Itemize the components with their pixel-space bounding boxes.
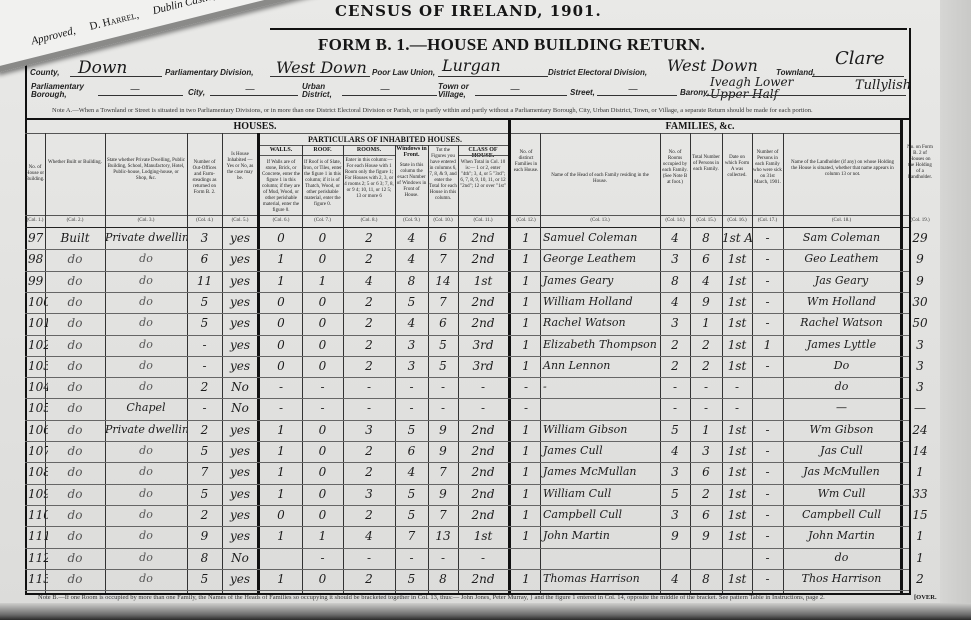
col18-header: Name of the Landholder (if any) on whose…	[790, 160, 895, 178]
note-a: Note A.—When a Townland or Street is sit…	[52, 107, 813, 114]
cell-windows: 5	[395, 572, 428, 586]
cell-rooms-occ: 5	[660, 423, 690, 437]
county-value: Down	[78, 58, 127, 78]
row-rule	[25, 249, 909, 250]
row-rule	[25, 335, 909, 336]
col15-num: (Col. 15.)	[690, 218, 722, 223]
cell-type: do	[105, 508, 187, 521]
row-rule	[25, 398, 909, 399]
urban-district-label: Urban District,	[302, 83, 342, 99]
cell-out-offices: -	[187, 401, 222, 415]
cell-rooms-occ: 3	[660, 252, 690, 266]
cell-walls: 0	[260, 359, 302, 373]
cell-rooms-occ: 9	[660, 529, 690, 543]
row-rule	[25, 377, 909, 378]
town-value: —	[510, 84, 520, 95]
note-b: Note B.—If one Room is occupied by more …	[38, 594, 825, 601]
col10-header: Tot the Figures you have entered in colu…	[429, 148, 457, 202]
col18-num: (Col. 18.)	[783, 218, 900, 223]
cell-persons: 1	[690, 423, 722, 437]
cell-rooms: -	[343, 401, 395, 415]
cell-head: George Leathem	[540, 252, 663, 265]
cell-total: 6	[428, 231, 458, 245]
cell-built: do	[45, 572, 105, 586]
cell-type: do	[105, 487, 187, 500]
cell-date: 1st	[722, 252, 752, 266]
cell-walls: -	[260, 380, 302, 394]
census-title: CENSUS OF IRELAND, 1901.	[335, 2, 602, 20]
cell-total: 9	[428, 423, 458, 437]
cell-b2-no: 1	[903, 465, 937, 479]
cell-class: 2nd	[458, 423, 508, 437]
cell-class: 2nd	[458, 316, 508, 330]
class-subheader: CLASS OF HOUSE.	[458, 147, 508, 159]
col17-header: Number of Persons in each Family who wer…	[753, 150, 782, 186]
cell-type: do	[105, 316, 187, 329]
cell-persons: 1	[690, 316, 722, 330]
cell-roof: 0	[302, 423, 343, 437]
cell-b2-no: 14	[903, 444, 937, 458]
cell-rooms-occ: 3	[660, 316, 690, 330]
row-rule	[25, 505, 909, 506]
cell-walls: 1	[260, 423, 302, 437]
cell-type: Chapel	[105, 401, 187, 414]
particulars-rule	[260, 145, 510, 146]
cell-landholder: do	[783, 380, 900, 393]
cell-b2-no: 29	[903, 231, 937, 245]
cell-total: -	[428, 380, 458, 394]
col11-header: When Total in Col. 10 is:— 1 or 2, enter…	[459, 160, 507, 190]
cell-sick: -	[752, 423, 783, 437]
cell-inhabited: No	[222, 380, 258, 394]
roof-subheader: ROOF.	[302, 147, 343, 153]
city-underline	[210, 95, 298, 96]
cell-windows: 5	[395, 423, 428, 437]
cell-rooms: 2	[343, 252, 395, 266]
cell-landholder: Jas McMullen	[783, 465, 900, 478]
cell-families: 1	[512, 359, 540, 373]
cell-class: 2nd	[458, 508, 508, 522]
census-form-page: CENSUS OF IRELAND, 1901. FORM B. 1.—HOUS…	[0, 0, 971, 620]
cell-out-offices: 9	[187, 529, 222, 543]
cell-total: 9	[428, 444, 458, 458]
col1-header: No. of House or Building.	[25, 165, 45, 183]
cell-built: do	[45, 423, 105, 437]
cell-inhabited: No	[222, 401, 258, 415]
cell-b2-no: 3	[903, 359, 937, 373]
cell-persons: 2	[690, 338, 722, 352]
cell-built: do	[45, 551, 105, 565]
cell-walls: 1	[260, 529, 302, 543]
cell-walls: 1	[260, 465, 302, 479]
cell-sick: 1	[752, 338, 783, 352]
cell-sick: -	[752, 572, 783, 586]
col3-header: State whether Private Dwelling, Public B…	[107, 158, 185, 182]
cell-type: Private dwelling	[105, 231, 187, 244]
cell-date: 1st	[722, 295, 752, 309]
cell-sick: -	[752, 295, 783, 309]
cell-families: 1	[512, 252, 540, 266]
cell-landholder: do	[783, 551, 900, 564]
cell-windows: 3	[395, 359, 428, 373]
col1-num: (Col. 1.)	[25, 218, 45, 223]
cell-families: 1	[512, 338, 540, 352]
cell-type: do	[105, 551, 187, 564]
place-text: Dublin Castle,	[151, 0, 216, 17]
cell-sick: -	[752, 529, 783, 543]
col9-header: State in this column the exact Number of…	[396, 163, 427, 199]
cell-head: William Cull	[540, 487, 663, 500]
cell-total: -	[428, 401, 458, 415]
cell-landholder: Geo Leathem	[783, 252, 900, 265]
cell-persons: 9	[690, 529, 722, 543]
cell-roof: 1	[302, 529, 343, 543]
cell-head: Campbell Cull	[540, 508, 663, 521]
county-underline	[70, 76, 162, 77]
cell-rooms: -	[343, 551, 395, 565]
cell-walls: 1	[260, 572, 302, 586]
cell-rooms-occ: 2	[660, 338, 690, 352]
cell-landholder: Jas Cull	[783, 444, 900, 457]
cell-b2-no: 24	[903, 423, 937, 437]
cell-roof: 0	[302, 338, 343, 352]
cell-sick: -	[752, 231, 783, 245]
cell-sick: -	[752, 359, 783, 373]
row-rule	[25, 441, 909, 442]
cell-built: do	[45, 444, 105, 458]
cell-total: 5	[428, 338, 458, 352]
cell-out-offices: 3	[187, 231, 222, 245]
cell-rooms: 2	[343, 338, 395, 352]
cell-rooms: 2	[343, 444, 395, 458]
ded-label: District Electoral Division,	[548, 68, 647, 77]
cell-rooms-occ: 5	[660, 487, 690, 501]
cell-walls: 0	[260, 508, 302, 522]
cell-date: 1st	[722, 465, 752, 479]
cell-windows: 5	[395, 487, 428, 501]
cell-out-offices: 2	[187, 508, 222, 522]
cell-type: do	[105, 529, 187, 542]
cell-families: 1	[512, 444, 540, 458]
cell-rooms: 2	[343, 465, 395, 479]
cell-roof: 0	[302, 359, 343, 373]
cell-landholder: Wm Gibson	[783, 423, 900, 436]
cell-date: 1st	[722, 508, 752, 522]
parl-borough-value: —	[130, 84, 140, 95]
cell-head: Rachel Watson	[540, 316, 663, 329]
cell-total: 9	[428, 487, 458, 501]
signatory-text: D. Harrel,	[88, 9, 140, 33]
cell-walls: 0	[260, 338, 302, 352]
cell-families: 1	[512, 274, 540, 288]
cell-walls: 1	[260, 444, 302, 458]
cell-date: 1st	[722, 487, 752, 501]
cell-built: do	[45, 401, 105, 415]
col4-num: (Col. 4.)	[187, 218, 222, 223]
cell-windows: -	[395, 551, 428, 565]
cell-class: -	[458, 380, 508, 394]
cell-date: -	[722, 401, 752, 415]
over-label: [OVER.	[914, 594, 937, 601]
cell-out-offices: 5	[187, 295, 222, 309]
cell-head: Elizabeth Thompson	[540, 338, 663, 351]
cell-head: Thomas Harrison	[540, 572, 663, 585]
cell-sick: -	[752, 508, 783, 522]
row-rule	[25, 526, 909, 527]
cell-type: do	[105, 380, 187, 393]
cell-landholder: Rachel Watson	[783, 316, 900, 329]
cell-inhabited: yes	[222, 316, 258, 330]
col5-header: Is House Inhabited — Yes or No, as the c…	[224, 152, 256, 182]
cell-built: Built	[45, 231, 105, 245]
cell-roof: 0	[302, 444, 343, 458]
sub-rule-2	[458, 155, 508, 156]
cell-total: -	[428, 551, 458, 565]
cell-b2-no: 1	[903, 529, 937, 543]
cell-out-offices: 6	[187, 252, 222, 266]
cell-persons: -	[690, 380, 722, 394]
col3-num: (Col. 3.)	[105, 218, 187, 223]
cell-built: do	[45, 316, 105, 330]
approved-text: Approved,	[30, 25, 77, 48]
cell-type: do	[105, 338, 187, 351]
cell-inhabited: yes	[222, 274, 258, 288]
families-group-header: FAMILIES, &c.	[600, 121, 800, 132]
ded-value: West Down	[667, 56, 758, 75]
col12-num: (Col. 12.)	[512, 218, 540, 223]
parl-borough-underline	[98, 95, 183, 96]
cell-date: 1st	[722, 359, 752, 373]
col9-num: (Col. 9.)	[395, 218, 428, 223]
cell-sick: -	[752, 316, 783, 330]
cell-windows: 8	[395, 274, 428, 288]
row-rule	[25, 548, 909, 549]
cell-roof: 0	[302, 231, 343, 245]
cell-out-offices: 7	[187, 465, 222, 479]
cell-sick: -	[752, 444, 783, 458]
cell-families: 1	[512, 295, 540, 309]
cell-b2-no: 30	[903, 295, 937, 309]
col8-num: (Col. 8.)	[343, 218, 395, 223]
cell-rooms-occ: 4	[660, 444, 690, 458]
cell-sick: -	[752, 487, 783, 501]
colnum-bottom-rule	[25, 227, 909, 228]
cell-total: 7	[428, 252, 458, 266]
cell-built: do	[45, 252, 105, 266]
cell-roof: 0	[302, 508, 343, 522]
cell-rooms: 3	[343, 423, 395, 437]
cell-type: do	[105, 359, 187, 372]
cell-b2-no: 1	[903, 551, 937, 565]
cell-roof: 0	[302, 487, 343, 501]
cell-landholder: Wm Cull	[783, 487, 900, 500]
cell-persons: 6	[690, 508, 722, 522]
cell-head: James McMullan	[540, 465, 663, 478]
poor-law-union-label: Poor Law Union,	[372, 68, 435, 77]
cell-inhabited: yes	[222, 529, 258, 543]
row-rule	[25, 313, 909, 314]
cell-windows: 5	[395, 508, 428, 522]
cell-sick: -	[752, 465, 783, 479]
cell-b2-no: 3	[903, 380, 937, 394]
row-rule	[25, 462, 909, 463]
cell-out-offices: 2	[187, 380, 222, 394]
cell-date: 1st	[722, 274, 752, 288]
county-label: County,	[30, 68, 59, 77]
cell-total: 8	[428, 572, 458, 586]
cell-walls: 1	[260, 487, 302, 501]
cell-sick: -	[752, 252, 783, 266]
street-underline	[597, 95, 677, 96]
cell-total: 13	[428, 529, 458, 543]
cell-head: James Cull	[540, 444, 663, 457]
cell-roof: -	[302, 551, 343, 565]
cell-inhabited: yes	[222, 338, 258, 352]
cell-head: John Martin	[540, 529, 663, 542]
cell-rooms: 4	[343, 529, 395, 543]
cell-inhabited: yes	[222, 295, 258, 309]
cell-persons: 8	[690, 572, 722, 586]
cell-b2-no: 9	[903, 274, 937, 288]
cell-rooms: 2	[343, 359, 395, 373]
cell-built: do	[45, 359, 105, 373]
col2-num: (Col. 2.)	[45, 218, 105, 223]
cell-rooms-occ: 3	[660, 508, 690, 522]
cell-persons: 3	[690, 444, 722, 458]
col16-header: Date on which Form A was collected.	[723, 155, 751, 179]
cell-date: 1st	[722, 444, 752, 458]
cell-out-offices: 5	[187, 487, 222, 501]
cell-rooms: 2	[343, 316, 395, 330]
cell-rooms-occ: -	[660, 401, 690, 415]
cell-rooms-occ: 4	[660, 572, 690, 586]
cell-landholder: Do	[783, 359, 900, 372]
cell-out-offices: 5	[187, 316, 222, 330]
cell-inhabited: yes	[222, 487, 258, 501]
cell-date: 1st	[722, 529, 752, 543]
cell-rooms: 3	[343, 487, 395, 501]
col2-header: Whether Built or Building.	[47, 160, 103, 166]
cell-windows: 4	[395, 252, 428, 266]
cell-date: 1st	[722, 316, 752, 330]
cell-total: 14	[428, 274, 458, 288]
col14-header: No. of Rooms occupied by each Family. (S…	[661, 150, 689, 186]
cell-persons: 2	[690, 359, 722, 373]
col11-num: (Col. 11.)	[458, 218, 508, 223]
cell-total: 6	[428, 316, 458, 330]
parl-borough-label: Parliamentary Borough,	[31, 83, 91, 99]
particulars-group-header: PARTICULARS OF INHABITED HOUSES.	[260, 135, 510, 144]
town-underline	[475, 95, 567, 96]
cell-type: Private dwelling	[105, 423, 187, 436]
cell-walls: 0	[260, 295, 302, 309]
street-label: Street,	[570, 88, 595, 97]
cell-roof: -	[302, 380, 343, 394]
poor-law-union-underline	[438, 76, 548, 77]
page-bottom-edge	[0, 603, 971, 620]
cell-persons: 2	[690, 487, 722, 501]
townland-value: Clare	[835, 48, 885, 69]
cell-persons: 4	[690, 274, 722, 288]
cell-class: 2nd	[458, 252, 508, 266]
cell-total: 7	[428, 465, 458, 479]
col10-num: (Col. 10.)	[428, 218, 458, 223]
cell-windows: 6	[395, 444, 428, 458]
col7-num: (Col. 7.)	[302, 218, 343, 223]
cell-class: 2nd	[458, 487, 508, 501]
cell-rooms: -	[343, 380, 395, 394]
cell-inhabited: yes	[222, 231, 258, 245]
cell-out-offices: -	[187, 359, 222, 373]
cell-class: 1st	[458, 274, 508, 288]
parish-value: Tullylish	[855, 78, 911, 93]
colnum-top-rule	[25, 215, 909, 216]
cell-head: Ann Lennon	[540, 359, 663, 372]
cell-inhabited: yes	[222, 465, 258, 479]
cell-rooms-occ: 3	[660, 465, 690, 479]
cell-rooms-occ: 4	[660, 231, 690, 245]
cell-roof: 0	[302, 252, 343, 266]
cell-windows: 5	[395, 295, 428, 309]
cell-windows: 4	[395, 316, 428, 330]
cell-walls: 0	[260, 316, 302, 330]
cell-families: 1	[512, 572, 540, 586]
col7-header: If Roof is of Slate, Iron, or Tiles, ent…	[303, 160, 342, 208]
cell-built: do	[45, 508, 105, 522]
row-rule	[25, 590, 909, 591]
cell-rooms: 2	[343, 295, 395, 309]
cell-roof: 0	[302, 572, 343, 586]
cell-type: do	[105, 274, 187, 287]
col13-header: Name of the Head of each Family residing…	[545, 173, 655, 185]
cell-b2-no: 2	[903, 572, 937, 586]
rooms-subheader: ROOMS.	[343, 147, 395, 153]
cell-roof: 0	[302, 316, 343, 330]
cell-roof: 0	[302, 465, 343, 479]
cell-persons: 6	[690, 252, 722, 266]
row-rule	[25, 420, 909, 421]
cell-rooms-occ: 8	[660, 274, 690, 288]
cell-families: 1	[512, 316, 540, 330]
cell-out-offices: 5	[187, 444, 222, 458]
cell-built: do	[45, 529, 105, 543]
cell-class: 2nd	[458, 572, 508, 586]
cell-walls: 1	[260, 252, 302, 266]
cell-built: do	[45, 274, 105, 288]
cell-families: 1	[512, 423, 540, 437]
cell-inhabited: yes	[222, 423, 258, 437]
cell-built: do	[45, 487, 105, 501]
cell-windows: 7	[395, 529, 428, 543]
cell-inhabited: No	[222, 551, 258, 565]
col4-header: Number of Out-Offices and Farm-steadings…	[189, 160, 220, 196]
cell-roof: 0	[302, 295, 343, 309]
cell-rooms: 4	[343, 274, 395, 288]
cell-class: 2nd	[458, 295, 508, 309]
cell-b2-no: 15	[903, 508, 937, 522]
urban-district-value: —	[380, 84, 390, 95]
cell-windows: 4	[395, 231, 428, 245]
windows-subheader: Windows in Front.	[395, 146, 428, 158]
cell-date: 1st	[722, 572, 752, 586]
cell-total: 5	[428, 359, 458, 373]
cell-inhabited: yes	[222, 572, 258, 586]
city-label: City,	[188, 88, 205, 97]
barony-value: Iveagh Lower Upper Half	[710, 76, 820, 100]
cell-built: do	[45, 380, 105, 394]
cell-out-offices: 11	[187, 274, 222, 288]
row-rule	[25, 356, 909, 357]
